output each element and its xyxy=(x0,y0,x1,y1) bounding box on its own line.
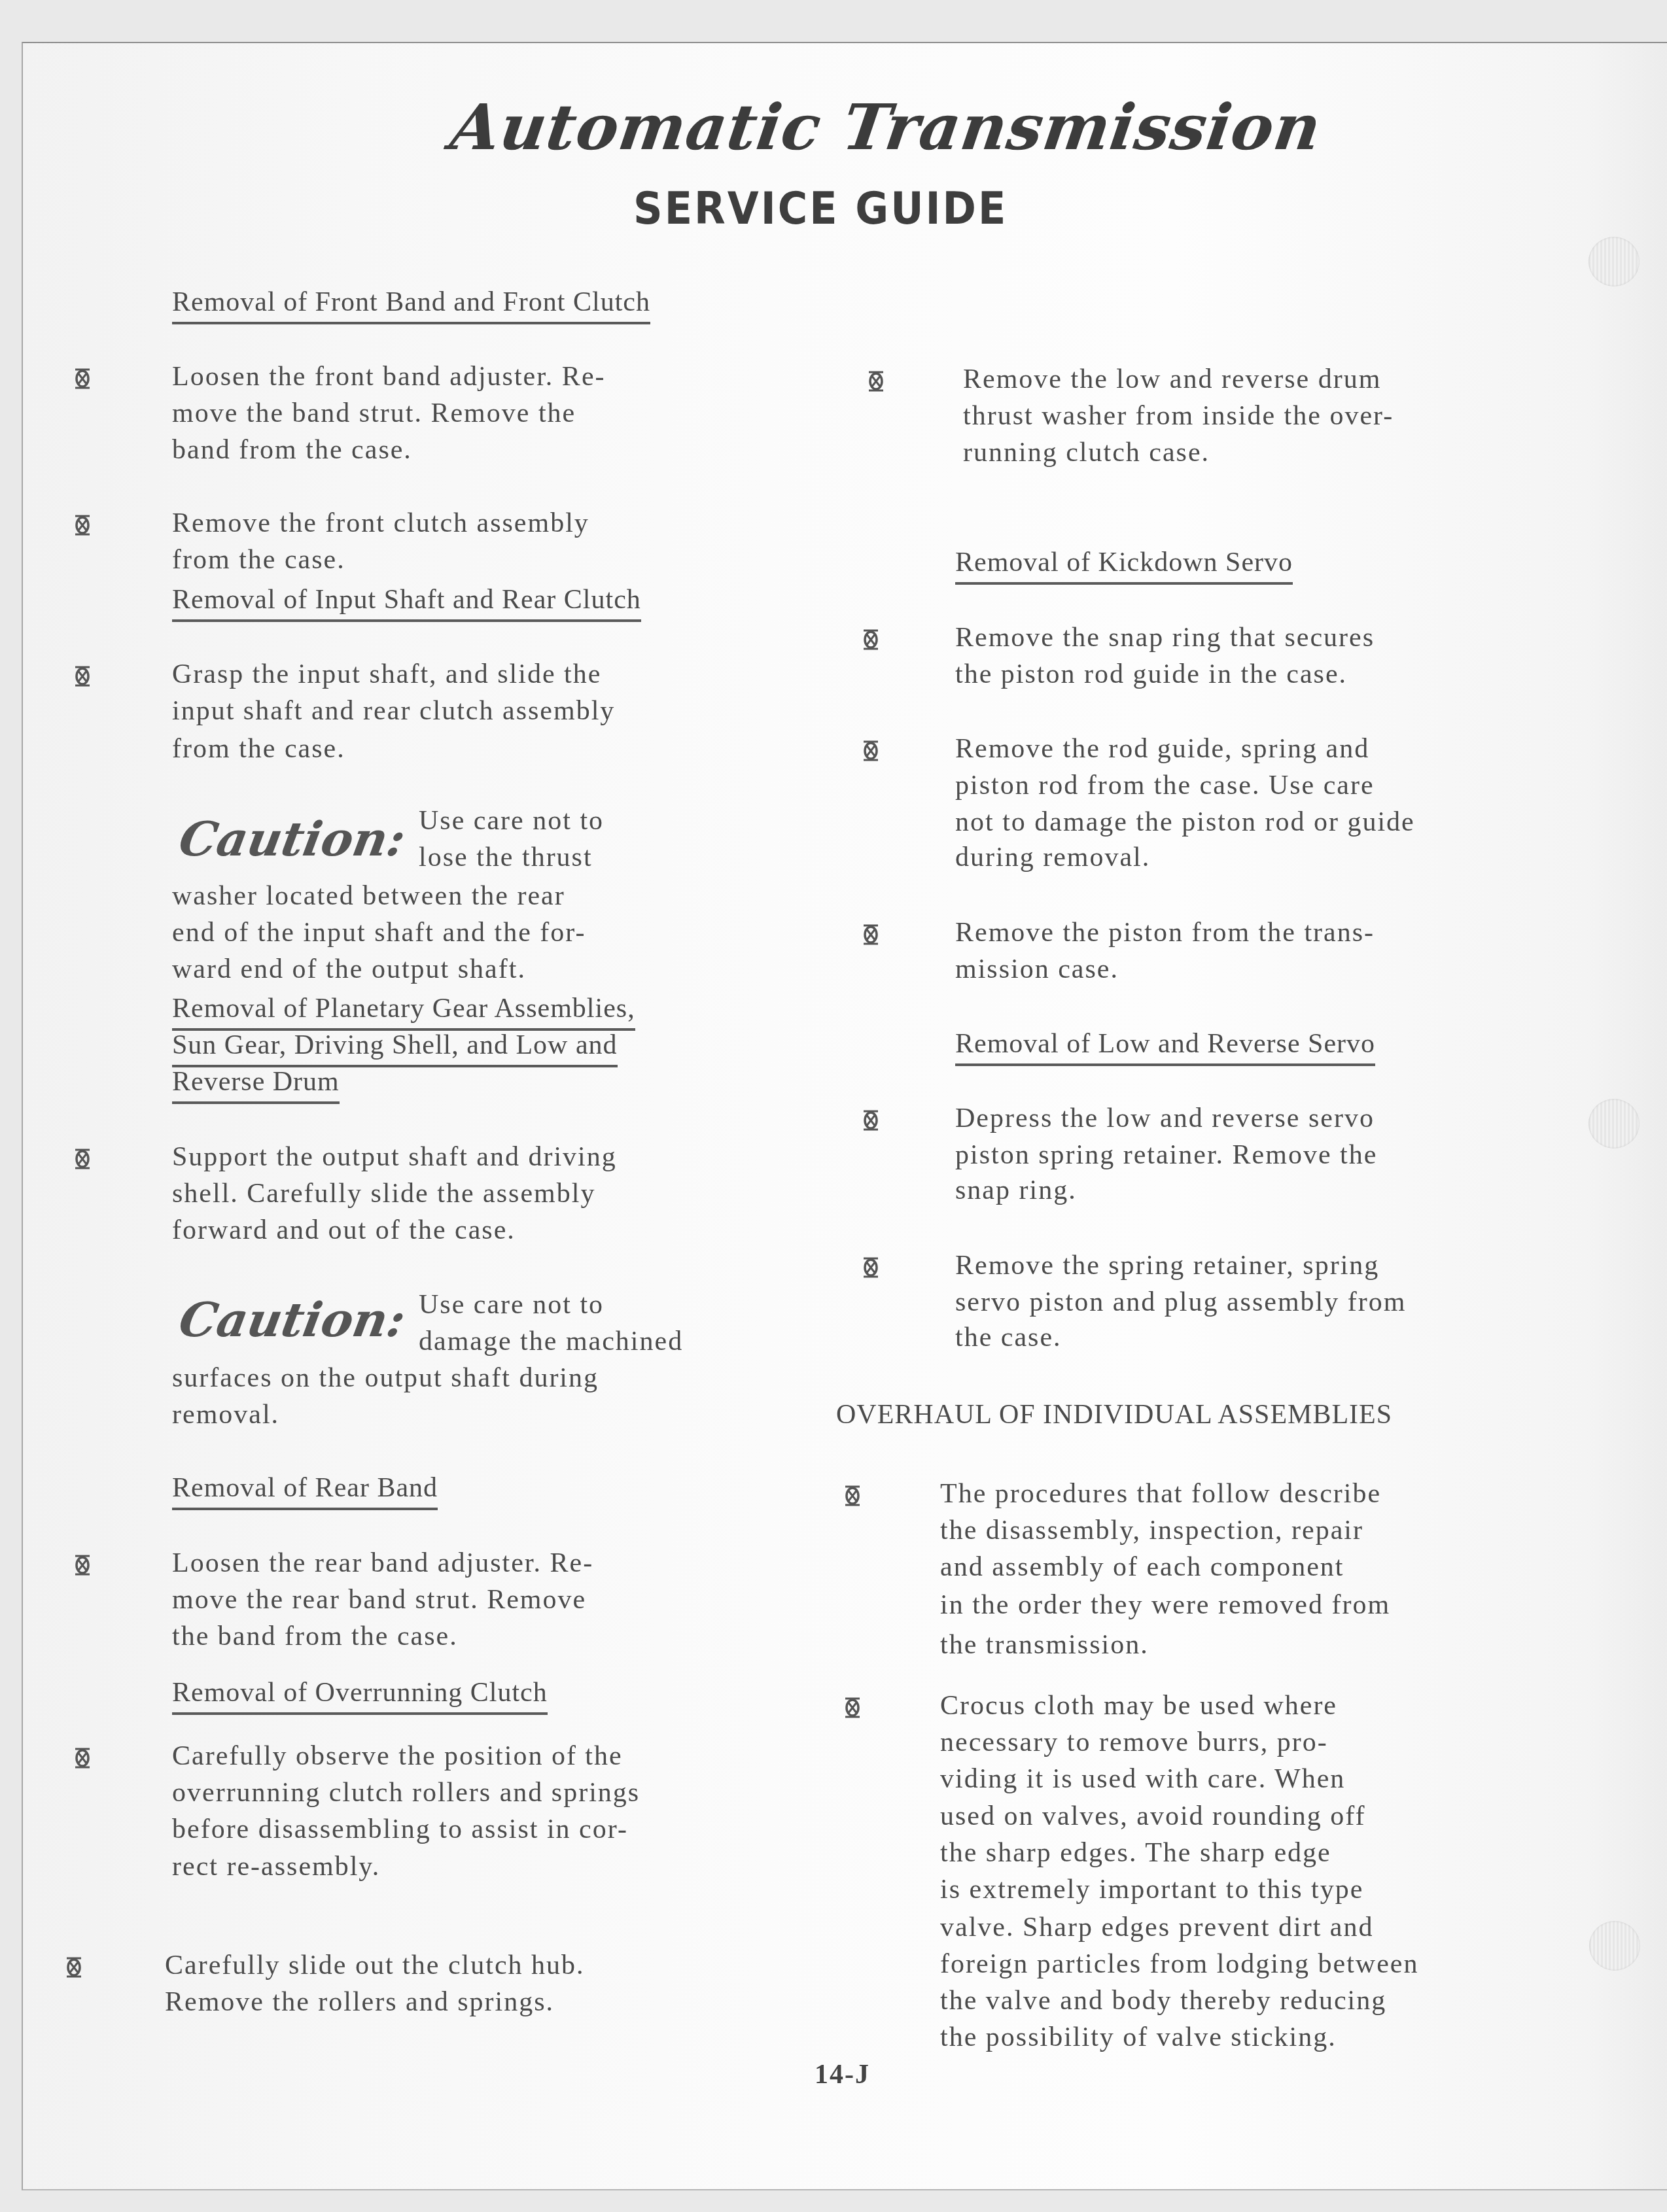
step-text-line: during removal. xyxy=(955,842,1150,873)
step-text-line: snap ring. xyxy=(955,1175,1077,1206)
step-text-line: not to damage the piston rod or guide xyxy=(955,806,1415,838)
section-title: OVERHAUL OF INDIVIDUAL ASSEMBLIES xyxy=(836,1399,1392,1430)
caution-text-line: Use care not to xyxy=(419,805,604,837)
step-text-line: move the band strut. Remove the xyxy=(172,398,576,429)
section-heading: Removal of Low and Reverse Servo xyxy=(955,1028,1375,1066)
section-heading: Removal of Input Shaft and Rear Clutch xyxy=(172,584,641,622)
step-text-line: the piston rod guide in the case. xyxy=(955,659,1347,690)
step-text-line: Remove the low and reverse drum xyxy=(963,364,1381,395)
step-text-line: necessary to remove burrs, pro- xyxy=(940,1727,1328,1758)
step-text-line: running clutch case. xyxy=(963,437,1210,468)
section-heading: Removal of Rear Band xyxy=(172,1472,438,1510)
step-text-line: piston spring retainer. Remove the xyxy=(955,1139,1377,1171)
step-text-line: rect re-assembly. xyxy=(172,1851,380,1882)
step-text-line: Carefully slide out the clutch hub. xyxy=(165,1950,585,1981)
step-text-line: servo piston and plug assembly from xyxy=(955,1287,1406,1318)
step-text-line: viding it is used with care. When xyxy=(940,1763,1345,1795)
step-text-line: Crocus cloth may be used where xyxy=(940,1690,1337,1721)
step-text-line: mission case. xyxy=(955,954,1119,985)
step-text-line: Remove the spring retainer, spring xyxy=(955,1250,1379,1281)
circled-x-bullet-icon xyxy=(844,1485,861,1507)
punch-hole xyxy=(1588,1099,1640,1149)
step-text-line: Remove the rollers and springs. xyxy=(165,1986,554,2018)
circled-x-bullet-icon xyxy=(74,665,91,687)
circled-x-bullet-icon xyxy=(74,1148,91,1170)
step-text-line: Remove the rod guide, spring and xyxy=(955,733,1369,765)
punch-hole xyxy=(1588,237,1640,286)
step-text-line: Loosen the rear band adjuster. Re- xyxy=(172,1547,593,1579)
circled-x-bullet-icon xyxy=(74,368,91,390)
caution-text-line: surfaces on the output shaft during xyxy=(172,1362,599,1394)
circled-x-bullet-icon xyxy=(868,370,885,392)
step-text-line: the sharp edges. The sharp edge xyxy=(940,1837,1331,1869)
section-heading: Removal of Front Band and Front Clutch xyxy=(172,286,650,324)
step-text-line: Remove the front clutch assembly xyxy=(172,508,589,539)
punch-hole xyxy=(1589,1921,1640,1971)
document-subtitle: SERVICE GUIDE xyxy=(633,182,1008,234)
step-text-line: Carefully observe the position of the xyxy=(172,1740,623,1772)
step-text-line: the band from the case. xyxy=(172,1621,458,1652)
circled-x-bullet-icon xyxy=(862,1256,879,1279)
step-text-line: overrunning clutch rollers and springs xyxy=(172,1777,640,1808)
step-text-line: Depress the low and reverse servo xyxy=(955,1103,1375,1134)
section-heading: Sun Gear, Driving Shell, and Low and xyxy=(172,1029,618,1067)
step-text-line: valve. Sharp edges prevent dirt and xyxy=(940,1912,1373,1943)
caution-text-line: ward end of the output shaft. xyxy=(172,954,526,985)
step-text-line: input shaft and rear clutch assembly xyxy=(172,695,615,727)
caution-text-line: Use care not to xyxy=(419,1289,604,1321)
step-text-line: move the rear band strut. Remove xyxy=(172,1584,586,1616)
circled-x-bullet-icon xyxy=(844,1697,861,1719)
step-text-line: Support the output shaft and driving xyxy=(172,1141,617,1173)
caution-label: Caution: xyxy=(175,811,410,867)
caution-text-line: washer located between the rear xyxy=(172,880,565,912)
step-text-line: shell. Carefully slide the assembly xyxy=(172,1178,595,1209)
section-heading: Removal of Overrunning Clutch xyxy=(172,1677,548,1715)
step-text-line: the disassembly, inspection, repair xyxy=(940,1515,1363,1546)
step-text-line: the possibility of valve sticking. xyxy=(940,2022,1337,2053)
step-text-line: thrust washer from inside the over- xyxy=(963,400,1394,432)
step-text-line: band from the case. xyxy=(172,434,412,466)
section-heading: Reverse Drum xyxy=(172,1066,340,1104)
caution-label: Caution: xyxy=(175,1292,410,1347)
circled-x-bullet-icon xyxy=(74,1747,91,1769)
circled-x-bullet-icon xyxy=(74,1554,91,1576)
circled-x-bullet-icon xyxy=(862,1109,879,1132)
circled-x-bullet-icon xyxy=(862,740,879,762)
section-heading: Removal of Kickdown Servo xyxy=(955,547,1293,585)
step-text-line: piston rod from the case. Use care xyxy=(955,770,1375,801)
step-text-line: forward and out of the case. xyxy=(172,1215,516,1246)
circled-x-bullet-icon xyxy=(65,1956,82,1979)
step-text-line: before disassembling to assist in cor- xyxy=(172,1814,628,1845)
caution-text-line: damage the machined xyxy=(419,1326,683,1357)
section-heading: Removal of Planetary Gear Assemblies, xyxy=(172,993,635,1031)
page-number: 14-J xyxy=(815,2059,870,2090)
circled-x-bullet-icon xyxy=(74,514,91,536)
step-text-line: is extremely important to this type xyxy=(940,1874,1363,1905)
caution-text-line: removal. xyxy=(172,1399,279,1430)
step-text-line: the valve and body thereby reducing xyxy=(940,1985,1386,2016)
step-text-line: from the case. xyxy=(172,733,345,765)
step-text-line: Remove the snap ring that secures xyxy=(955,622,1375,653)
step-text-line: The procedures that follow describe xyxy=(940,1478,1381,1510)
step-text-line: the case. xyxy=(955,1322,1062,1353)
step-text-line: Grasp the input shaft, and slide the xyxy=(172,659,601,690)
circled-x-bullet-icon xyxy=(862,629,879,651)
step-text-line: from the case. xyxy=(172,544,345,576)
caution-text-line: lose the thrust xyxy=(419,842,593,873)
step-text-line: foreign particles from lodging between xyxy=(940,1948,1418,1980)
caution-text-line: end of the input shaft and the for- xyxy=(172,917,586,948)
step-text-line: in the order they were removed from xyxy=(940,1589,1390,1621)
step-text-line: the transmission. xyxy=(940,1629,1149,1661)
step-text-line: Loosen the front band adjuster. Re- xyxy=(172,361,606,392)
document-title: Automatic Transmission xyxy=(446,90,1326,164)
step-text-line: and assembly of each component xyxy=(940,1551,1344,1583)
circled-x-bullet-icon xyxy=(862,924,879,946)
step-text-line: Remove the piston from the trans- xyxy=(955,917,1375,948)
step-text-line: used on valves, avoid rounding off xyxy=(940,1801,1365,1832)
